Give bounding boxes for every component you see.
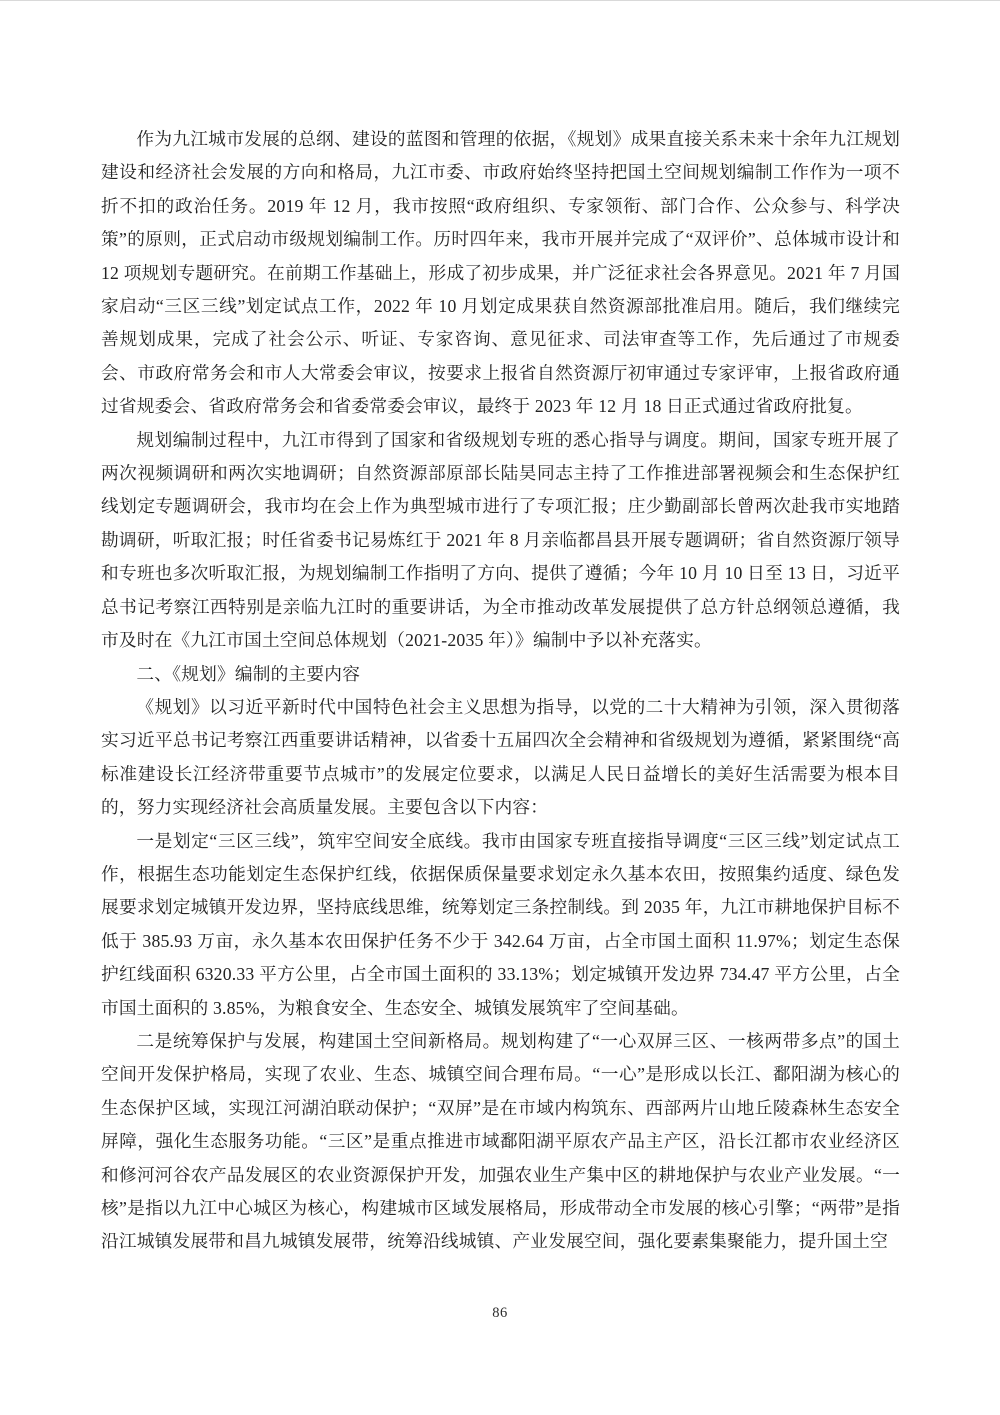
body-text-block: 作为九江城市发展的总纲、建设的蓝图和管理的依据，《规划》成果直接关系未来十余年九…: [101, 123, 900, 1259]
document-page: 作为九江城市发展的总纲、建设的蓝图和管理的依据，《规划》成果直接关系未来十余年九…: [0, 1, 1000, 1415]
body-paragraph: 二是统筹保护与发展，构建国土空间新格局。规划构建了“一心双屏三区、一核两带多点”…: [101, 1025, 900, 1259]
body-paragraph: 规划编制过程中，九江市得到了国家和省级规划专班的悉心指导与调度。期间，国家专班开…: [101, 424, 900, 658]
section-heading: 二、《规划》编制的主要内容: [101, 658, 900, 691]
page-footer: 86: [0, 1304, 1000, 1322]
body-paragraph: 作为九江城市发展的总纲、建设的蓝图和管理的依据，《规划》成果直接关系未来十余年九…: [101, 123, 900, 424]
page-number: 86: [492, 1305, 508, 1321]
body-paragraph: 《规划》以习近平新时代中国特色社会主义思想为指导，以党的二十大精神为引领，深入贯…: [101, 691, 900, 825]
body-paragraph: 一是划定“三区三线”，筑牢空间安全底线。我市由国家专班直接指导调度“三区三线”划…: [101, 825, 900, 1025]
